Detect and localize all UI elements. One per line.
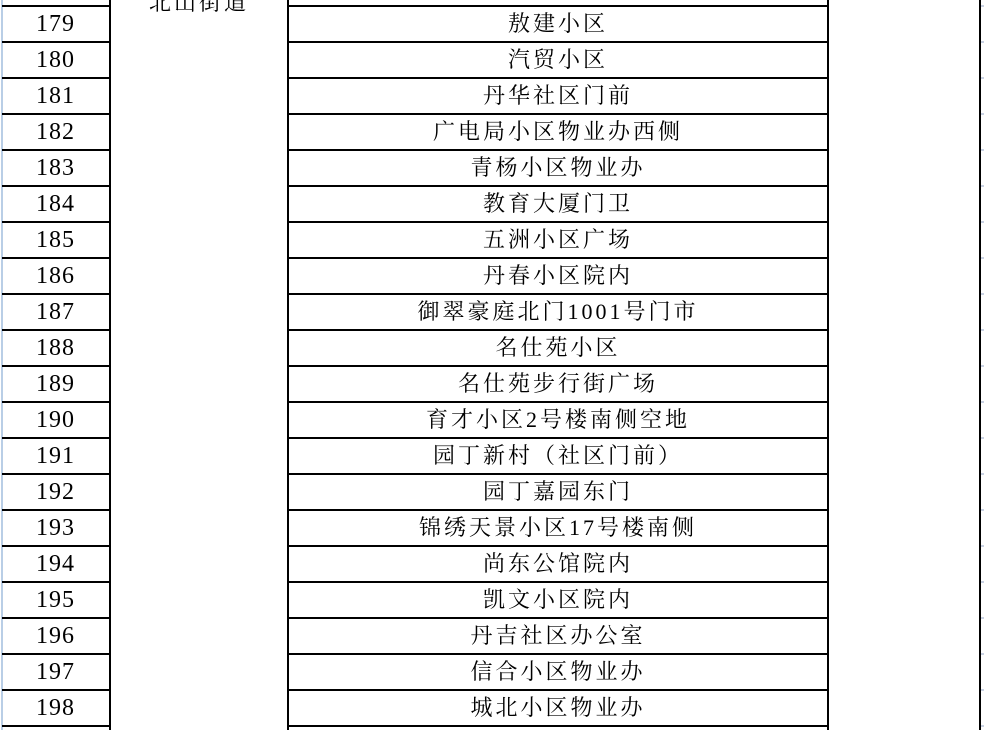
site-name-cell[interactable]: 尚东公馆院内 [289, 545, 827, 581]
row-number-cell[interactable]: 186 [2, 257, 109, 293]
row-number-cell[interactable]: 188 [2, 329, 109, 365]
site-name-cell[interactable]: 青杨小区物业办 [289, 149, 827, 185]
column-border-line [827, 0, 829, 730]
site-name-cell[interactable]: 城北小区物业办 [289, 689, 827, 725]
row-number-cell[interactable]: 190 [2, 401, 109, 437]
site-name-cell[interactable]: 丹华社区门前 [289, 77, 827, 113]
row-number-cell[interactable]: 180 [2, 41, 109, 77]
row-number-cell[interactable]: 198 [2, 689, 109, 725]
site-name-cell[interactable]: 凯文小区院内 [289, 581, 827, 617]
row-number-cell[interactable]: 184 [2, 185, 109, 221]
site-name-cell[interactable]: 丹吉社区办公室 [289, 617, 827, 653]
row-border-line [2, 725, 111, 727]
district-cell[interactable]: 北山街道 [111, 0, 287, 15]
site-name-cell[interactable]: 教育大厦门卫 [289, 185, 827, 221]
row-number-cell[interactable]: 189 [2, 365, 109, 401]
row-number-cell[interactable]: 193 [2, 509, 109, 545]
row-number-cell[interactable]: 192 [2, 473, 109, 509]
row-number-cell[interactable]: 183 [2, 149, 109, 185]
row-number-cell[interactable]: 182 [2, 113, 109, 149]
site-name-cell[interactable]: 敖建小区 [289, 5, 827, 41]
site-name-cell[interactable]: 广电局小区物业办西侧 [289, 113, 827, 149]
spreadsheet-view: 北山街道 179敖建小区180汽贸小区181丹华社区门前182广电局小区物业办西… [0, 0, 984, 730]
column-border-line [287, 0, 289, 730]
row-number-cell[interactable]: 185 [2, 221, 109, 257]
site-name-cell[interactable]: 五洲小区广场 [289, 221, 827, 257]
site-name-cell[interactable]: 丹春小区院内 [289, 257, 827, 293]
site-name-cell[interactable]: 名仕苑小区 [289, 329, 827, 365]
row-number-cell[interactable]: 187 [2, 293, 109, 329]
site-name-cell[interactable]: 园丁嘉园东门 [289, 473, 827, 509]
site-name-cell[interactable]: 锦绣天景小区17号楼南侧 [289, 509, 827, 545]
row-number-cell[interactable]: 191 [2, 437, 109, 473]
site-name-cell[interactable]: 名仕苑步行街广场 [289, 365, 827, 401]
row-number-cell[interactable]: 195 [2, 581, 109, 617]
row-number-cell[interactable]: 197 [2, 653, 109, 689]
site-name-cell[interactable]: 信合小区物业办 [289, 653, 827, 689]
site-name-cell[interactable]: 育才小区2号楼南侧空地 [289, 401, 827, 437]
column-border-line [109, 0, 111, 730]
right-boundary-line [979, 0, 981, 730]
row-number-cell[interactable]: 179 [2, 5, 109, 41]
row-number-cell[interactable]: 196 [2, 617, 109, 653]
site-name-cell[interactable]: 园丁新村（社区门前） [289, 437, 827, 473]
site-name-cell[interactable]: 御翠豪庭北门1001号门市 [289, 293, 827, 329]
site-name-cell[interactable]: 汽贸小区 [289, 41, 827, 77]
row-number-cell[interactable]: 181 [2, 77, 109, 113]
row-border-line [287, 725, 829, 727]
row-number-cell[interactable]: 194 [2, 545, 109, 581]
